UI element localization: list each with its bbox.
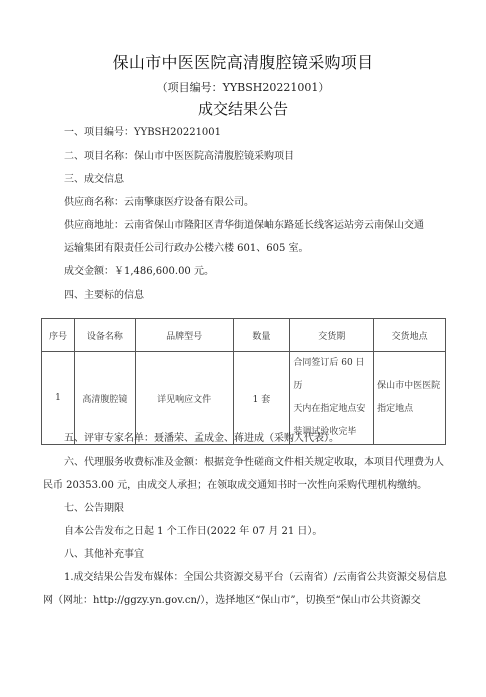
section-project-number: 一、项目编号：YYBSH20221001 [43, 121, 447, 145]
section-other-matters: 八、其他补充事宜 [43, 543, 447, 567]
delivery-period-line: 天内在指定地点安 [293, 398, 373, 421]
announcement-page: 保山市中医医院高清腹腔镜采购项目 （项目编号：YYBSH20221001） 成交… [0, 0, 486, 697]
section-project-name: 二、项目名称：保山市中医医院高清腹腔镜采购项目 [43, 145, 447, 169]
supplier-address-line2: 运输集团有限责任公司行政办公楼六楼 601、605 室。 [43, 237, 447, 261]
delivery-period-line: 合同签订后 60 日历 [293, 352, 373, 398]
announcement-heading: 成交结果公告 [0, 98, 486, 119]
section-agency-fee-line1: 六、代理服务收费标准及金额：根据竞争性磋商文件相关规定收取，本项目代理费为人 [43, 451, 447, 475]
notice-period-body: 自本公告发布之日起 1 个工作日(2022 年 07 月 21 日）。 [43, 520, 447, 544]
section-deal-info: 三、成交信息 [43, 168, 447, 192]
section-notice-period: 七、公告期限 [43, 497, 447, 521]
supplier-address-line1: 供应商地址：云南省保山市隆阳区青华街道保岫东路延长线客运站旁云南保山交通 [43, 214, 447, 238]
header-index: 序号 [42, 319, 75, 352]
table-header-row: 序号 设备名称 品牌型号 数量 交货期 交货地点 [42, 319, 446, 352]
supplier-name: 供应商名称：云南擎康医疗设备有限公司。 [43, 191, 447, 215]
header-device-name: 设备名称 [74, 319, 135, 352]
delivery-place-line: 指定地点 [377, 398, 445, 421]
items-table: 序号 设备名称 品牌型号 数量 交货期 交货地点 1 高清腹腔镜 详见响应文件 … [41, 318, 446, 445]
other-matters-line2: 网（网址：http://ggzy.yn.gov.cn/），选择地区“保山市”，切… [43, 589, 447, 613]
delivery-place-line: 保山市中医医院 [377, 375, 445, 398]
section-main-items: 四、主要标的信息 [43, 284, 447, 308]
header-delivery-place: 交货地点 [374, 319, 446, 352]
deal-amount: 成交金额：￥1,486,600.00 元。 [43, 260, 447, 284]
section-agency-fee-line2: 民币 20353.00 元，由成交人承担；在领取成交通知书时一次性向采购代理机构… [43, 474, 447, 498]
section-experts: 五、评审专家名单：聂潘荣、孟成金、蒋进成（采购人代表）。 [43, 427, 447, 451]
header-delivery-period: 交货期 [290, 319, 374, 352]
other-matters-line1: 1.成交结果公告发布媒体：全国公共资源交易平台（云南省）/云南省公共资源交易信息 [43, 566, 447, 590]
document-title: 保山市中医医院高清腹腔镜采购项目 [0, 50, 486, 73]
header-quantity: 数量 [233, 319, 290, 352]
header-brand-model: 品牌型号 [135, 319, 233, 352]
project-number-subtitle: （项目编号：YYBSH20221001） [0, 79, 486, 95]
